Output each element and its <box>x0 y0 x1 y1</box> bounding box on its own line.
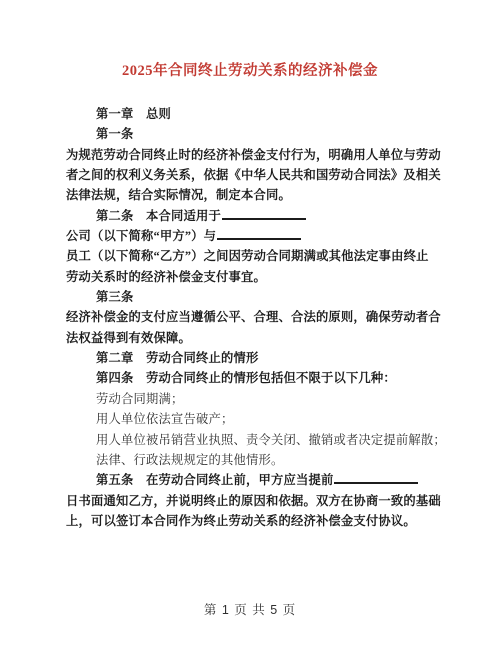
fill-in-blank <box>222 207 306 220</box>
document-title: 2025年合同终止劳动关系的经济补偿金 <box>0 59 500 80</box>
document-line: 劳动关系时的经济补偿金支付事宜。 <box>66 267 444 287</box>
document-line: 第二条 本合同适用于 <box>66 206 444 226</box>
line-text: 劳动合同期满； <box>96 392 183 406</box>
fill-in-blank <box>334 471 418 484</box>
line-text: 第三条 <box>96 290 134 304</box>
document-body: 第一章 总则第一条为规范劳动合同终止时的经济补偿金支付行为，明确用人单位与劳动者… <box>66 104 444 531</box>
line-text: 日书面通知乙方，并说明终止的原因和依据。双方在协商一致的基础 <box>66 494 441 508</box>
document-line: 第二章 劳动合同终止的情形 <box>66 348 444 368</box>
line-text: 员工（以下简称“乙方”）之间因劳动合同期满或其他法定事由终止 <box>66 249 429 263</box>
document-line: 第三条 <box>66 287 444 307</box>
document-line: 第一章 总则 <box>66 104 444 124</box>
document-page: 2025年合同终止劳动关系的经济补偿金 第一章 总则第一条为规范劳动合同终止时的… <box>0 0 500 647</box>
document-line: 用人单位依法宣告破产； <box>66 409 444 429</box>
line-text: 第五条 在劳动合同终止前，甲方应当提前 <box>96 473 333 487</box>
line-text: 者之间的权利义务关系，依据《中华人民共和国劳动合同法》及相关 <box>66 168 441 182</box>
document-line: 经济补偿金的支付应当遵循公平、合理、合法的原则，确保劳动者合 <box>66 307 444 327</box>
document-line: 法律法规，结合实际情况，制定本合同。 <box>66 185 444 205</box>
line-text: 第二条 本合同适用于 <box>96 209 221 223</box>
line-text: 用人单位依法宣告破产； <box>96 412 233 426</box>
line-text: 法律法规，结合实际情况，制定本合同。 <box>66 188 291 202</box>
document-line: 第五条 在劳动合同终止前，甲方应当提前 <box>66 470 444 490</box>
document-line: 上，可以签订本合同作为终止劳动关系的经济补偿金支付协议。 <box>66 511 444 531</box>
line-text: 第四条 劳动合同终止的情形包括但不限于以下几种： <box>96 371 396 385</box>
page-number-indicator: 第 1 页 共 5 页 <box>0 600 500 618</box>
document-line: 员工（以下简称“乙方”）之间因劳动合同期满或其他法定事由终止 <box>66 246 444 266</box>
line-text: 第一章 总则 <box>96 107 171 121</box>
line-text: 为规范劳动合同终止时的经济补偿金支付行为，明确用人单位与劳动 <box>66 148 441 162</box>
document-line: 者之间的权利义务关系，依据《中华人民共和国劳动合同法》及相关 <box>66 165 444 185</box>
document-line: 日书面通知乙方，并说明终止的原因和依据。双方在协商一致的基础 <box>66 491 444 511</box>
line-text: 用人单位被吊销营业执照、责令关闭、撤销或者决定提前解散； <box>96 433 446 447</box>
document-line: 用人单位被吊销营业执照、责令关闭、撤销或者决定提前解散； <box>66 430 444 450</box>
line-text: 第一条 <box>96 127 134 141</box>
document-line: 公司（以下简称“甲方”）与 <box>66 226 444 246</box>
line-text: 公司（以下简称“甲方”）与 <box>66 229 216 243</box>
document-line: 法律、行政法规规定的其他情形。 <box>66 450 444 470</box>
document-line: 劳动合同期满； <box>66 389 444 409</box>
document-line: 为规范劳动合同终止时的经济补偿金支付行为，明确用人单位与劳动 <box>66 145 444 165</box>
document-line: 第四条 劳动合同终止的情形包括但不限于以下几种： <box>66 368 444 388</box>
line-text: 上，可以签订本合同作为终止劳动关系的经济补偿金支付协议。 <box>66 514 416 528</box>
line-text: 劳动关系时的经济补偿金支付事宜。 <box>66 270 266 284</box>
line-text: 第二章 劳动合同终止的情形 <box>96 351 258 365</box>
fill-in-blank <box>217 227 301 240</box>
line-text: 经济补偿金的支付应当遵循公平、合理、合法的原则，确保劳动者合 <box>66 310 441 324</box>
document-line: 第一条 <box>66 124 444 144</box>
document-line: 法权益得到有效保障。 <box>66 328 444 348</box>
line-text: 法权益得到有效保障。 <box>66 331 191 345</box>
line-text: 法律、行政法规规定的其他情形。 <box>96 453 283 467</box>
